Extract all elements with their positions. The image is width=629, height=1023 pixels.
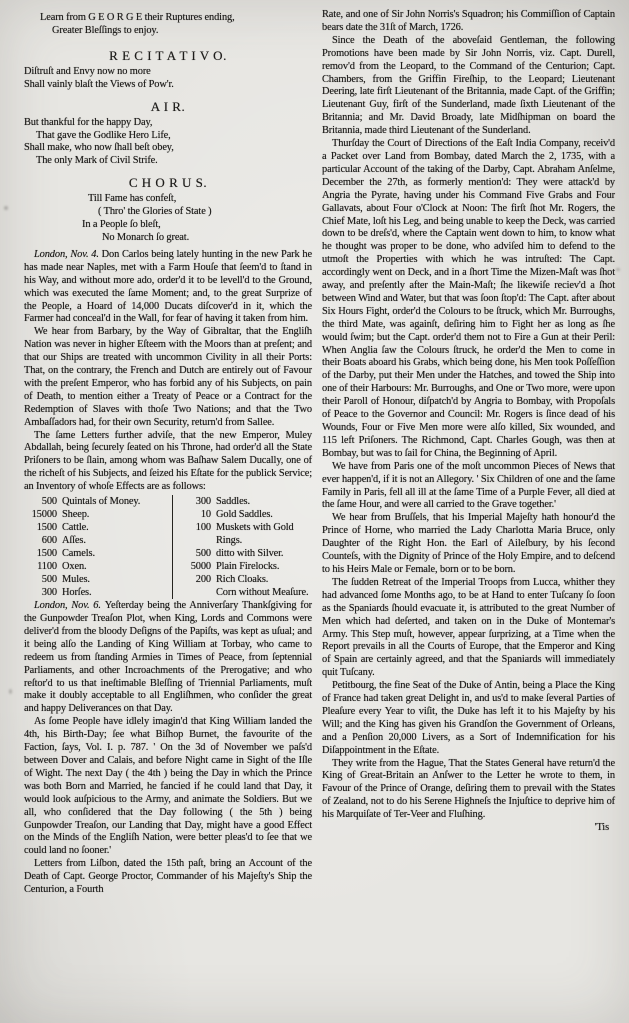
verse-line: ( Thro' the Glories of State ) <box>98 206 312 219</box>
verse-line: In a People ſo bleſt, <box>82 219 312 232</box>
dateline: London, Nov. 4. <box>34 249 102 260</box>
poem-couplet: Learn from G E O R G E their Ruptures en… <box>24 12 312 38</box>
inventory-row: 500Mules. <box>26 573 172 586</box>
verse-line: That gave the Godlike Hero Life, <box>36 130 312 143</box>
inventory-name: Muskets with Gold Rings. <box>216 521 312 547</box>
inventory-name: Mules. <box>62 573 172 586</box>
inventory-qty: 1100 <box>26 560 62 573</box>
inventory-name: Corn without Meaſure. <box>216 586 312 599</box>
news-paragraph: The ſudden Retreat of the Imperial Troop… <box>322 577 615 680</box>
inventory-qty: 300 <box>180 495 216 508</box>
inventory-row: 5000Plain Firelocks. <box>180 560 312 573</box>
left-column: Learn from G E O R G E their Ruptures en… <box>24 9 312 1023</box>
inventory-row: 200Rich Cloaks. <box>180 573 312 586</box>
verse-line: But thankful for the happy Day, <box>24 117 312 130</box>
paragraph-text: Yeſterday being the Anniverſary Thankſgi… <box>24 600 312 714</box>
section-heading-chorus: C H O R U S. <box>24 175 312 190</box>
news-paragraph: Rate, and one of Sir John Norris's Squad… <box>322 9 615 35</box>
news-paragraph: The ſame Letters further adviſe, that th… <box>24 430 312 495</box>
scan-speck <box>4 206 8 210</box>
paragraph-text: We hear from Barbary, by the Way of Gibr… <box>24 326 312 427</box>
paragraph-text: As ſome People have idlely imagin'd that… <box>24 716 312 856</box>
chorus-verse: Till Fame has confeſt, ( Thro' the Glori… <box>24 193 312 245</box>
inventory-name: Gold Saddles. <box>216 508 312 521</box>
inventory-name: Rich Cloaks. <box>216 573 312 586</box>
inventory-list: 500Quintals of Money. 15000Sheep. 1500Ca… <box>26 495 312 599</box>
inventory-name: Horſes. <box>62 586 172 599</box>
paragraph-text: We have from Paris one of the moſt uncom… <box>322 461 615 511</box>
inventory-name: ditto with Silver. <box>216 547 312 560</box>
inventory-column-right: 300Saddles. 10Gold Saddles. 100Muskets w… <box>172 495 312 599</box>
inventory-name: Sheep. <box>62 508 172 521</box>
inventory-row: 1500Cattle. <box>26 521 172 534</box>
inventory-qty: 100 <box>180 521 216 534</box>
inventory-row: Corn without Meaſure. <box>180 586 312 599</box>
news-paragraph: London, Nov. 6. Yeſterday being the Anni… <box>24 600 312 716</box>
inventory-row: 500Quintals of Money. <box>26 495 172 508</box>
inventory-column-left: 500Quintals of Money. 15000Sheep. 1500Ca… <box>26 495 172 599</box>
inventory-row: 300Horſes. <box>26 586 172 599</box>
right-column: Rate, and one of Sir John Norris's Squad… <box>322 9 615 1023</box>
news-paragraph: We hear from Barbary, by the Way of Gibr… <box>24 326 312 429</box>
recitativo-verse: Diſtruſt and Envy now no more Shall vain… <box>24 66 312 92</box>
section-heading-air: A I R. <box>24 99 312 114</box>
news-paragraph: We hear from Bruſſels, that his Imperial… <box>322 512 615 577</box>
inventory-qty: 500 <box>26 573 62 586</box>
verse-line: Shall vainly blaſt the Views of Pow'r. <box>24 79 312 92</box>
scan-speck <box>616 268 620 271</box>
verse-line: No Monarch ſo great. <box>102 232 312 245</box>
news-paragraph: Letters from Liſbon, dated the 15th paſt… <box>24 858 312 897</box>
inventory-qty: 500 <box>180 547 216 560</box>
paragraph-text: The ſudden Retreat of the Imperial Troop… <box>322 577 615 678</box>
inventory-qty: 300 <box>26 586 62 599</box>
inventory-qty: 500 <box>26 495 62 508</box>
inventory-name: Cattle. <box>62 521 172 534</box>
news-paragraph: They write from the Hague, That the Stat… <box>322 758 615 823</box>
dateline: London, Nov. 6. <box>34 600 105 611</box>
inventory-row: 15000Sheep. <box>26 508 172 521</box>
poem-line: Learn from G E O R G E their Ruptures en… <box>40 12 312 25</box>
inventory-name: Plain Firelocks. <box>216 560 312 573</box>
inventory-name: Quintals of Money. <box>62 495 172 508</box>
verse-line: The only Mark of Civil Strife. <box>36 155 312 168</box>
inventory-qty: 600 <box>26 534 62 547</box>
verse-line: Shall make, who now ſhall beſt obey, <box>24 142 312 155</box>
inventory-qty: 15000 <box>26 508 62 521</box>
news-paragraph: We have from Paris one of the moſt uncom… <box>322 461 615 513</box>
inventory-row: 1500Camels. <box>26 547 172 560</box>
inventory-row: 500ditto with Silver. <box>180 547 312 560</box>
inventory-name: Camels. <box>62 547 172 560</box>
paragraph-text: The ſame Letters further adviſe, that th… <box>24 430 312 493</box>
newspaper-page-scan: Learn from G E O R G E their Ruptures en… <box>0 0 629 1023</box>
news-paragraph: London, Nov. 4. Don Carlos being lately … <box>24 249 312 326</box>
inventory-name: Saddles. <box>216 495 312 508</box>
paragraph-text: Thurſday the Court of Directions of the … <box>322 138 615 459</box>
paragraph-text: Rate, and one of Sir John Norris's Squad… <box>322 9 615 33</box>
inventory-qty: 10 <box>180 508 216 521</box>
inventory-qty: 200 <box>180 573 216 586</box>
paragraph-text: We hear from Bruſſels, that his Imperial… <box>322 512 615 575</box>
news-paragraph: Thurſday the Court of Directions of the … <box>322 138 615 461</box>
paragraph-text: Letters from Liſbon, dated the 15th paſt… <box>24 858 312 895</box>
paragraph-text: Don Carlos being lately hunting in the n… <box>24 249 312 325</box>
verse-line: Till Fame has confeſt, <box>88 193 312 206</box>
air-verse: But thankful for the happy Day, That gav… <box>24 117 312 169</box>
paragraph-text: Since the Death of the aboveſaid Gentlem… <box>322 35 615 136</box>
verse-line: Diſtruſt and Envy now no more <box>24 66 312 79</box>
scan-speck <box>9 689 12 694</box>
inventory-qty: 1500 <box>26 547 62 560</box>
news-paragraph: Petitbourg, the fine Seat of the Duke of… <box>322 680 615 757</box>
paragraph-text: Petitbourg, the fine Seat of the Duke of… <box>322 680 615 756</box>
paragraph-text: They write from the Hague, That the Stat… <box>322 758 615 821</box>
inventory-row: 300Saddles. <box>180 495 312 508</box>
catchword: 'Tis <box>322 822 615 835</box>
inventory-row: 10Gold Saddles. <box>180 508 312 521</box>
inventory-row: 1100Oxen. <box>26 560 172 573</box>
news-paragraph: Since the Death of the aboveſaid Gentlem… <box>322 35 615 138</box>
inventory-qty: 5000 <box>180 560 216 573</box>
inventory-qty: 1500 <box>26 521 62 534</box>
inventory-name: Aſſes. <box>62 534 172 547</box>
inventory-row: 600Aſſes. <box>26 534 172 547</box>
inventory-name: Oxen. <box>62 560 172 573</box>
poem-line: Greater Bleſſings to enjoy. <box>52 25 312 38</box>
section-heading-recitativo: R E C I T A T I V O. <box>24 48 312 63</box>
inventory-row: 100Muskets with Gold Rings. <box>180 521 312 547</box>
news-paragraph: As ſome People have idlely imagin'd that… <box>24 716 312 858</box>
